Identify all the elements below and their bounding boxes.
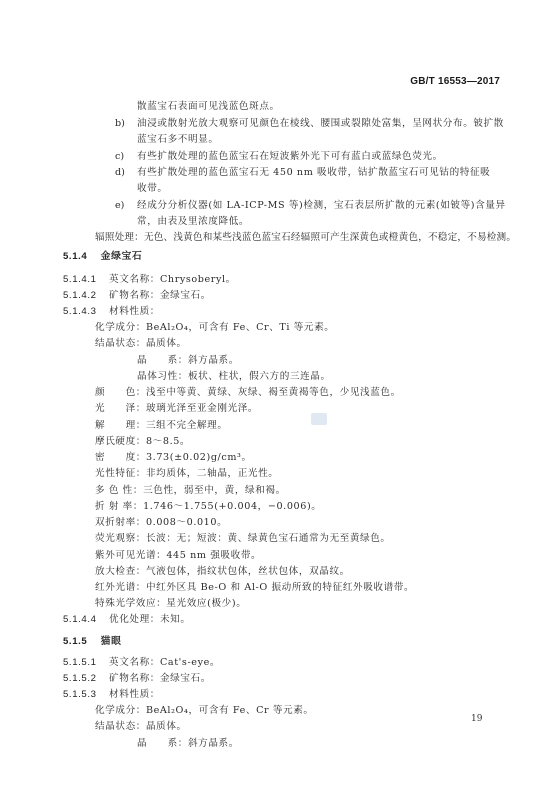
clause-number: 5.1.5.3 [63, 689, 109, 701]
prop-refractive-index: 折 射 率：1.746～1.755(+0.004，−0.006)。 [95, 501, 321, 513]
prop-infrared-spectrum: 红外光谱：中红外区具 Be-O 和 Al-O 振动所致的特征红外吸收谱带。 [95, 582, 414, 594]
clause-number: 5.1.4.2 [63, 290, 109, 302]
standard-id-header: GB/T 16553—2017 [410, 76, 500, 87]
clause-5-1-4-3: 5.1.4.3材料性质： [63, 306, 160, 318]
clause-5-1-4-1: 5.1.4.1英文名称：Chrysoberyl。 [63, 274, 236, 286]
prop-crystal-state: 结晶状态：晶质体。 [95, 721, 187, 733]
list-item-d-line2: 收带。 [137, 183, 168, 195]
section-title: 猫眼 [101, 636, 122, 647]
list-item-e-line1: 经成分分析仪器(如 LA-ICP-MS 等)检测，宝石表层所扩散的元素(如铍等)… [137, 200, 506, 212]
prop-mohs-hardness: 摩氏硬度：8～8.5。 [95, 436, 190, 448]
prop-crystal-system: 晶 系：斜方晶系。 [137, 738, 239, 750]
clause-5-1-5-3: 5.1.5.3材料性质： [63, 689, 160, 701]
clause-5-1-4-4: 5.1.4.4优化处理：未知。 [63, 614, 191, 626]
prop-pleochroism: 多 色 性：三色性，弱至中，黄，绿和褐。 [95, 485, 286, 497]
list-item-e-line2: 常，由表及里浓度降低。 [137, 216, 249, 228]
clause-text: 材料性质： [109, 306, 160, 317]
prop-crystal-habit: 晶体习性：板状、柱状，假六方的三连晶。 [137, 371, 331, 383]
prop-luster: 光 泽：玻璃光泽至亚金刚光泽。 [95, 403, 258, 415]
prop-magnification: 放大检查：气液包体，指纹状包体，丝状包体，双晶纹。 [95, 566, 350, 578]
list-item-b-line2: 蓝宝石多不明显。 [137, 134, 219, 146]
prop-color: 颜 色：浅至中等黄、黄绿、灰绿、褐至黄褐等色，少见浅蓝色。 [95, 387, 401, 399]
clause-number: 5.1.4.3 [63, 306, 109, 318]
section-5-1-4-heading: 5.1.4 金绿宝石 [63, 251, 142, 263]
prop-fluorescence: 荧光观察：长波：无；短波：黄、绿黄色宝石通常为无至黄绿色。 [95, 533, 391, 545]
clause-number: 5.1.5.2 [63, 673, 109, 685]
watermark-logo [311, 413, 327, 425]
clause-text: 优化处理：未知。 [109, 614, 191, 625]
list-mark-b: b) [115, 118, 125, 130]
clause-text: 矿物名称：金绿宝石。 [109, 673, 211, 684]
list-item-a-tail: 散蓝宝石表面可见浅蓝色斑点。 [137, 101, 280, 113]
list-item-c-line1: 有些扩散处理的蓝色蓝宝石在短波紫外光下可有蓝白或蓝绿色荧光。 [137, 151, 443, 163]
irradiation-treatment: 辐照处理：无色、浅黄色和某些浅蓝色蓝宝石经辐照可产生深黄色或橙黄色，不稳定，不易… [95, 232, 516, 244]
list-mark-e: e) [115, 200, 124, 212]
clause-5-1-5-2: 5.1.5.2矿物名称：金绿宝石。 [63, 673, 211, 685]
clause-5-1-4-2: 5.1.4.2矿物名称：金绿宝石。 [63, 290, 211, 302]
clause-text: 材料性质： [109, 689, 160, 700]
list-mark-d: d) [115, 167, 125, 179]
page-number: 19 [471, 714, 482, 724]
prop-crystal-system: 晶 系：斜方晶系。 [137, 355, 239, 367]
clause-text: 英文名称：Cat's-eye。 [109, 657, 220, 668]
clause-text: 英文名称：Chrysoberyl。 [109, 274, 236, 285]
prop-cleavage: 解 理：三组不完全解理。 [95, 420, 228, 432]
prop-optical-character: 光性特征：非均质体，二轴晶，正光性。 [95, 468, 279, 480]
clause-text: 矿物名称：金绿宝石。 [109, 290, 211, 301]
section-number: 5.1.5 [63, 636, 87, 648]
document-page: GB/T 16553—2017 散蓝宝石表面可见浅蓝色斑点。 b) 油浸或散射光… [0, 0, 560, 791]
prop-density: 密 度：3.73(±0.02)g/cm³。 [95, 452, 252, 464]
section-number: 5.1.4 [63, 251, 87, 263]
prop-special-optical-effect: 特殊光学效应：星光效应(极少)。 [95, 598, 246, 610]
clause-number: 5.1.4.1 [63, 274, 109, 286]
list-item-b-line1: 油浸或散射光放大观察可见颜色在棱线、腰围或裂隙处富集，呈网状分布。铍扩散 [137, 118, 504, 130]
prop-birefringence: 双折射率：0.008～0.010。 [95, 517, 227, 529]
prop-uv-vis-spectrum: 紫外可见光谱：445 nm 强吸收带。 [95, 550, 261, 562]
list-mark-c: c) [115, 151, 124, 163]
list-item-d-line1: 有些扩散处理的蓝色蓝宝石无 450 nm 吸收带，钴扩散蓝宝石可见钴的特征吸 [137, 167, 490, 179]
clause-number: 5.1.5.1 [63, 657, 109, 669]
clause-5-1-5-1: 5.1.5.1英文名称：Cat's-eye。 [63, 657, 220, 669]
prop-chemical-composition: 化学成分：BeAl₂O₄，可含有 Fe、Cr、Ti 等元素。 [95, 322, 335, 334]
clause-number: 5.1.4.4 [63, 614, 109, 626]
prop-crystal-state: 结晶状态：晶质体。 [95, 338, 187, 350]
section-title: 金绿宝石 [101, 251, 143, 262]
prop-chemical-composition: 化学成分：BeAl₂O₄，可含有 Fe、Cr 等元素。 [95, 705, 314, 717]
section-5-1-5-heading: 5.1.5 猫眼 [63, 636, 121, 648]
